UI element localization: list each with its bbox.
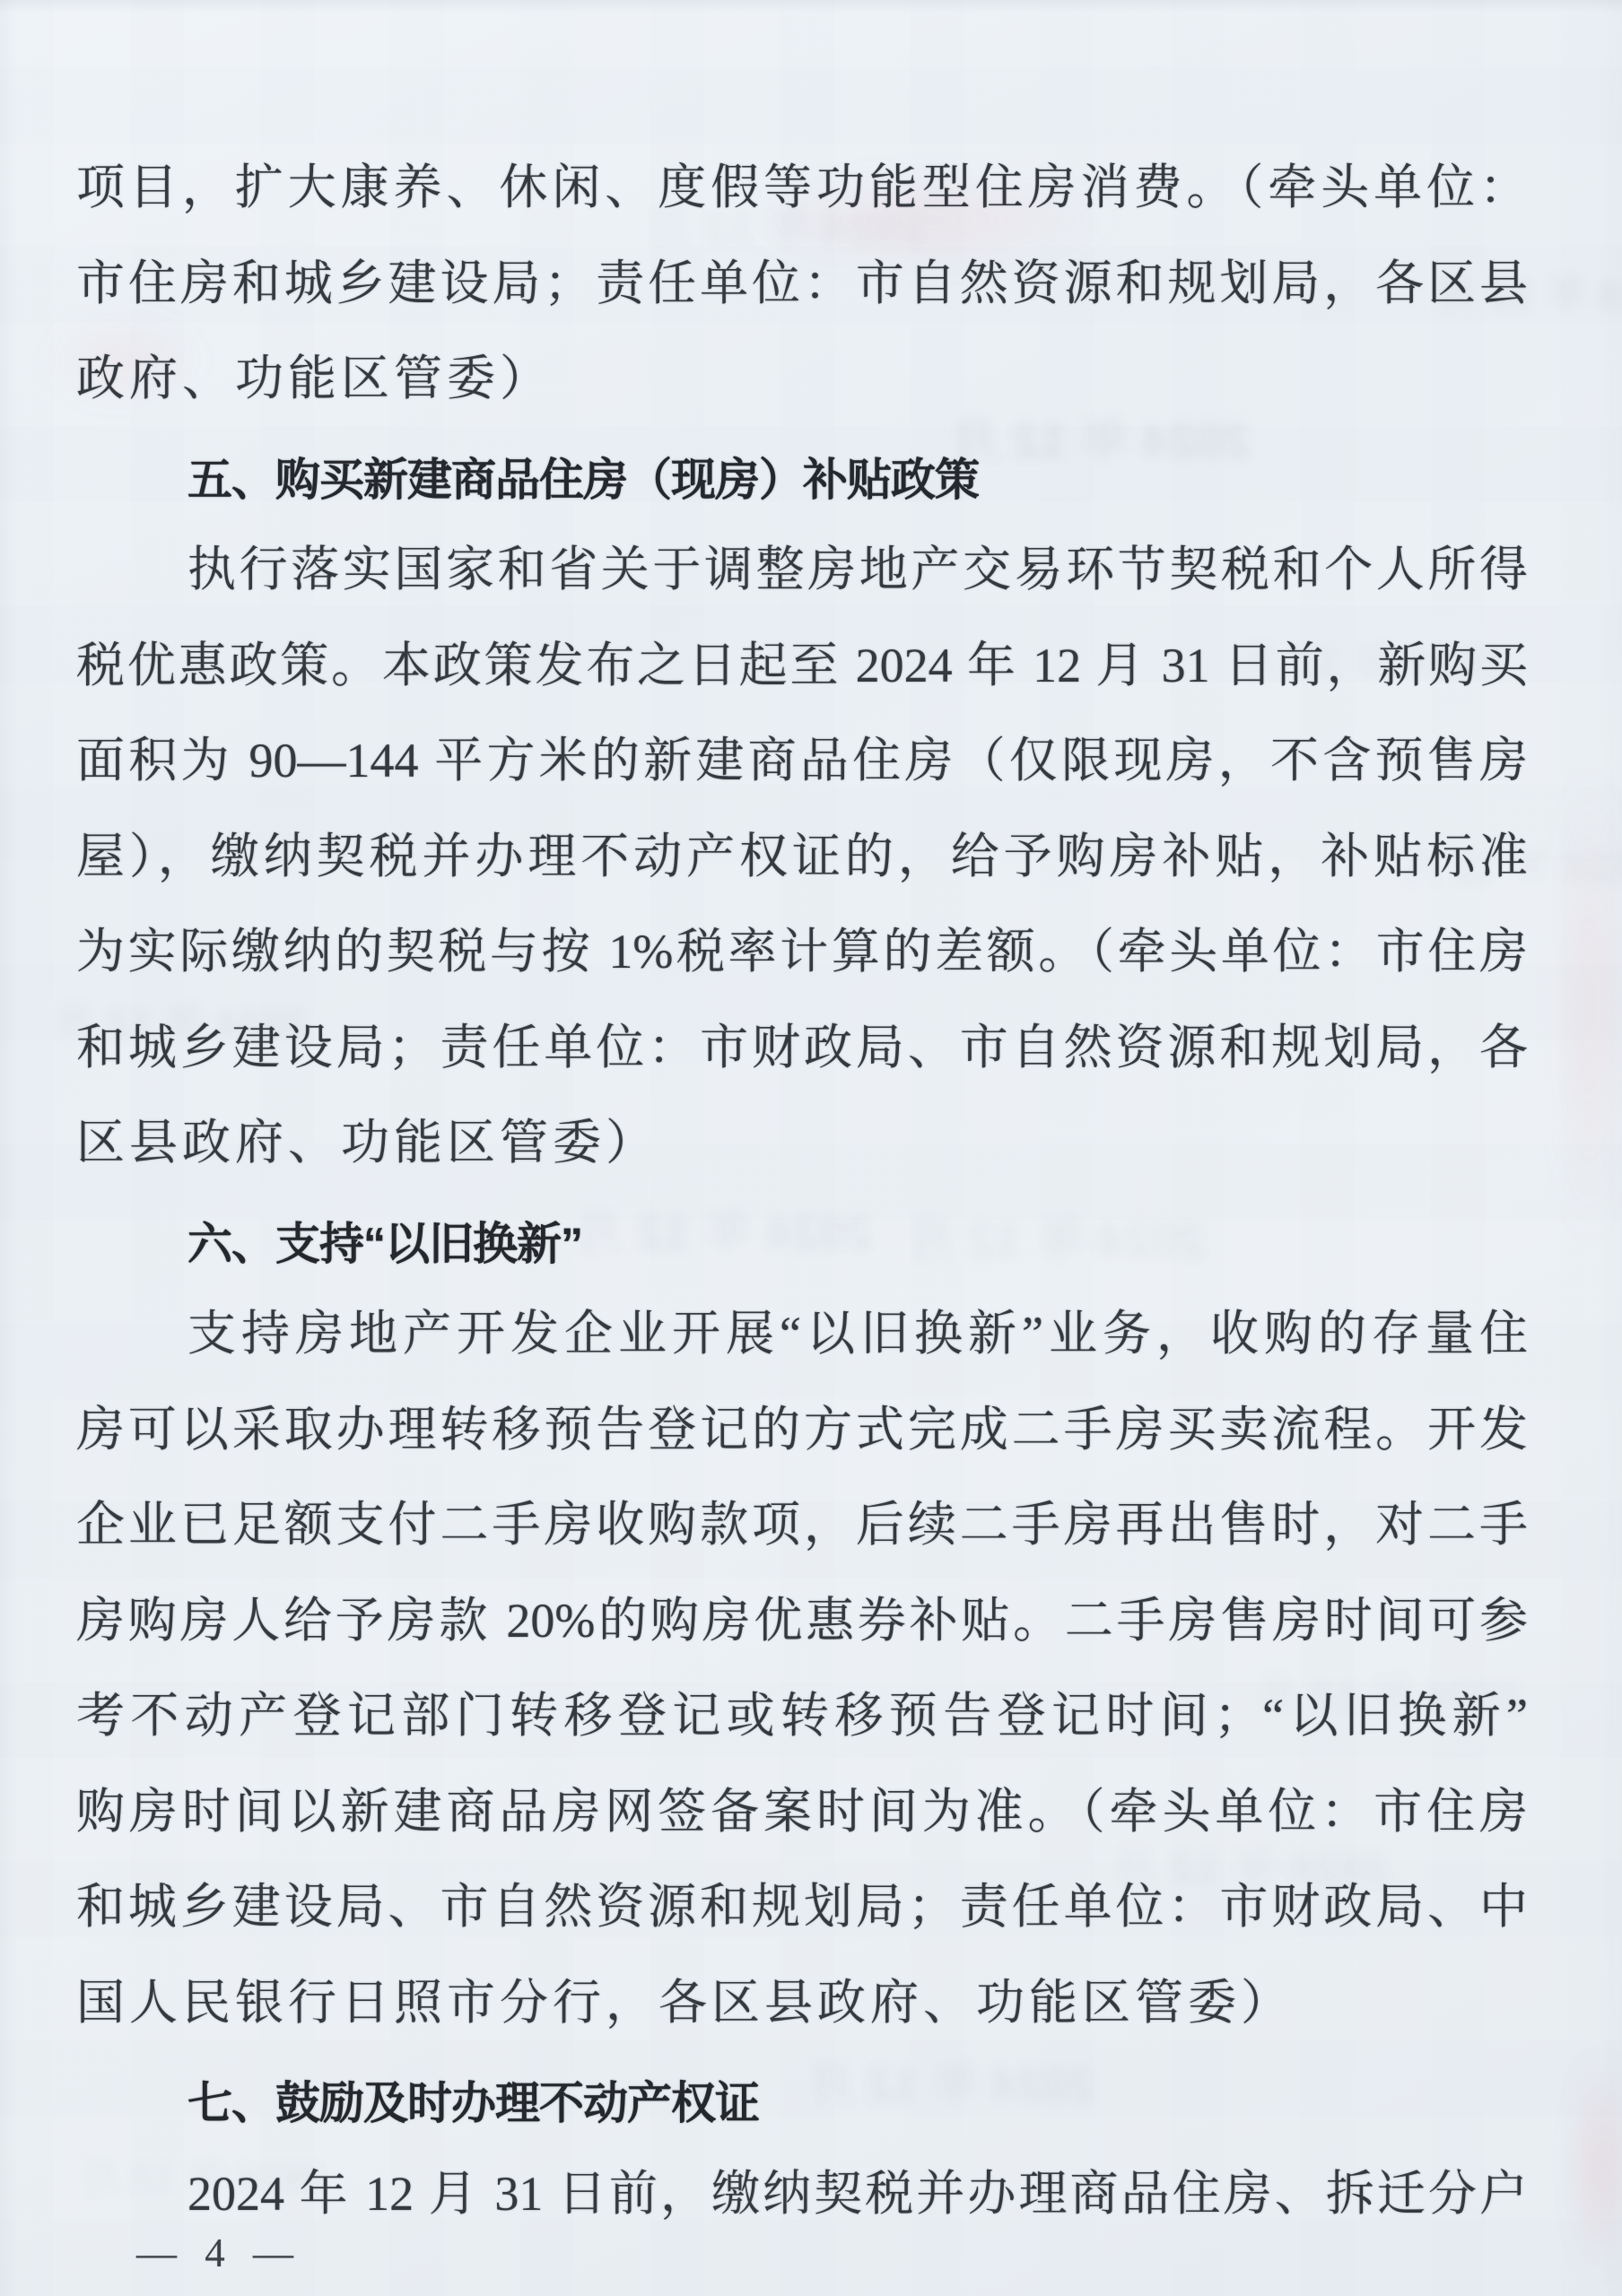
text-line: 和城乡建设局、市自然资源和规划局；责任单位：市财政局、中 <box>76 1878 1528 1935</box>
document-page: 2024 年 12 月2024 年 12 月2024 年 12 月2024 年 … <box>0 0 1622 2296</box>
text-line: 五、购买新建商品住房（现房）补贴政策 <box>76 451 1528 509</box>
scan-stain <box>1557 762 1622 1247</box>
text-line: 企业已足额支付二手房收购款项，后续二手房再出售时，对二手 <box>76 1496 1528 1553</box>
text-line: 考不动产登记部门转移登记或转移预告登记时间；“以旧换新” <box>76 1687 1528 1744</box>
text-line: 和城乡建设局；责任单位：市财政局、市自然资源和规划局，各 <box>76 1019 1528 1076</box>
text-line: 房可以采取办理转移预告登记的方式完成二手房买卖流程。开发 <box>76 1401 1528 1458</box>
text-line: 房购房人给予房款 20%的购房优惠券补贴。二手房售房时间可参 <box>76 1592 1528 1649</box>
text-line: 2024 年 12 月 31 日前，缴纳契税并办理商品住房、拆迁分户 <box>76 2165 1528 2222</box>
text-line: 区县政府、功能区管委） <box>76 1114 1528 1171</box>
text-line: 七、鼓励及时办理不动产权证 <box>76 2074 1528 2132</box>
page-number: — 4 — <box>136 2230 302 2276</box>
text-line: 购房时间以新建商品房网签备案时间为准。（牵头单位：市住房 <box>76 1783 1528 1840</box>
text-line: 项目，扩大康养、休闲、度假等功能型住房消费。（牵头单位： <box>76 159 1528 216</box>
text-line: 市住房和城乡建设局；责任单位：市自然资源和规划局，各区县 <box>76 255 1528 312</box>
text-line: 屋），缴纳契税并办理不动产权证的，给予购房补贴，补贴标准 <box>76 828 1528 885</box>
text-line: 为实际缴纳的契税与按 1%税率计算的差额。（牵头单位：市住房 <box>76 923 1528 980</box>
text-line: 政府、功能区管委） <box>76 350 1528 407</box>
text-line: 支持房地产开发企业开展“以旧换新”业务，收购的存量住 <box>76 1305 1528 1362</box>
scan-stain <box>1579 2054 1622 2278</box>
text-line: 税优惠政策。本政策发布之日起至 2024 年 12 月 31 日前，新购买 <box>76 637 1528 694</box>
text-line: 六、支持“以旧换新” <box>76 1215 1528 1273</box>
text-line: 面积为 90—144 平方米的新建商品住房（仅限现房，不含预售房 <box>76 732 1528 789</box>
text-line: 国人民银行日照市分行，各区县政府、功能区管委） <box>76 1974 1528 2031</box>
text-line: 执行落实国家和省关于调整房地产交易环节契税和个人所得 <box>76 541 1528 598</box>
